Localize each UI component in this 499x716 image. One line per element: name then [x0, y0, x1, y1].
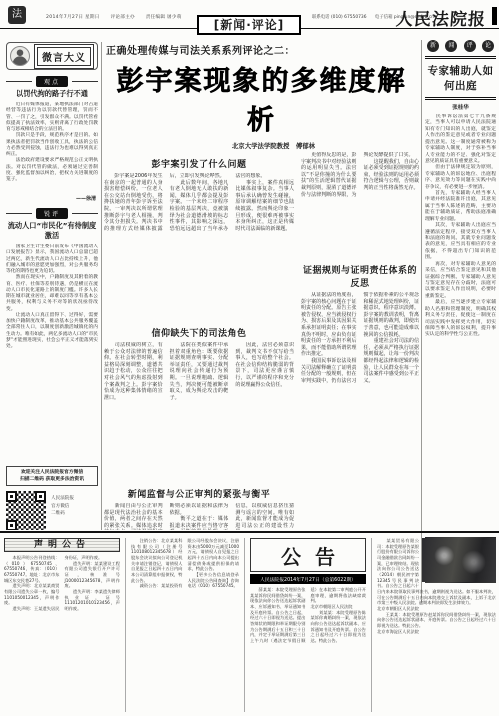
sidebar-article-1-author: ——徐清 — [6, 195, 96, 202]
column-badges: 新 闻 评 论 — [425, 40, 496, 52]
expert-title: 专家辅助人如何出庭 — [425, 63, 496, 93]
gonggao-title: 公告 — [251, 541, 365, 570]
section-4-body: 从证据法的角度看，彭宇案的核心问题在于证明责任的分配。原告主张被告侵权，应当就侵… — [301, 292, 419, 530]
tab-label: 观点 — [36, 76, 68, 87]
page-marker-block — [492, 7, 497, 25]
section-title-box: [新闻·评论] — [197, 15, 301, 35]
section-1-body: 彭宇案是2006年发生在南京的一起普通的人身损害赔偿纠纷。一位老人在公交站台倒地… — [104, 173, 294, 321]
subhead-3: 新闻监督与公正审判的紧张与衡平 — [104, 487, 294, 500]
notice-line-1: 欢迎关注人民法院报官方微信 — [9, 469, 95, 476]
notice-line-2: 扫描二维码 获取更多法治资讯 — [9, 476, 95, 483]
qr-caption: 人民法院报 官方微信 二维码 — [51, 491, 74, 517]
article-title: 彭宇案现象的多维度解析 — [104, 59, 419, 137]
expert-title-box: 专家辅助人如何出庭 — [425, 56, 496, 100]
masthead-dateline: 2014年7月27日 星期日 评论部主办 责任编辑 屠少萌 — [46, 14, 191, 20]
qr-area: 人民法院报 官方微信 二维码 — [6, 491, 98, 530]
dept-text: 评论部主办 — [110, 15, 134, 20]
badge-icon: 闻 — [445, 40, 457, 52]
tab-guandian: 观点 — [6, 76, 98, 87]
date-text: 2014年7月27日 星期日 — [46, 15, 100, 20]
expert-body: 民事诉讼法第七十九条规定，当事人可以申请人民法院通知有专门知识的人出庭，就鉴定人… — [425, 114, 496, 534]
sidebar-article-1-title: 以罚代拘的路子行不通 — [6, 89, 98, 99]
paper-name: 人民法院报 — [395, 5, 487, 30]
subhead-1: 彭宇案引发了什么问题 — [104, 157, 294, 170]
column-logo-label: 微言大义 — [37, 47, 91, 66]
column-rule-right — [421, 40, 422, 602]
wechat-notice-box: 欢迎关注人民法院报官方微信 扫描二维码 获取更多法治资讯 — [6, 466, 98, 486]
article-kicker: 正确处理传媒与司法关系系列评论之二： — [106, 42, 419, 57]
right-top-body: 更值得反思的是，彭宇案判决书中对经验法则的运用明显失当。法官以“不是你撞的为什么… — [301, 152, 419, 258]
editor-text: 责任编辑 屠少萌 — [146, 15, 182, 20]
court-announcements-right: 某某贸易有限公司：本院受理原告某银行股份有限公司诉你公司金融借款合同纠纷一案，已… — [371, 538, 496, 712]
court-announcements: 公告 人民法院报2014年7月27日（总第6022期） 薛某某：本院受理原告张某… — [244, 538, 366, 712]
main-article: 正确处理传媒与司法关系系列评论之二： 彭宇案现象的多维度解析 北京大学法学院教授… — [104, 42, 419, 530]
article-byline: 北京大学法学院教授 傅郁林 — [104, 141, 419, 150]
classifieds-declarations: 声明公告 本报声明公告刊登热线：（010）67550745、67550746，传… — [4, 538, 120, 712]
contact-phone: 联系电话 (010) 67550736 — [312, 15, 367, 20]
notices-body: 注销公告：北京某某科技有限公司（注册号110108012345678）经股东会决… — [131, 538, 239, 710]
column-logo-box: 微言大义 — [6, 42, 98, 70]
badge-icon: 新 — [427, 40, 439, 52]
expert-column: 新 闻 评 论 专家辅助人如何出庭 张桂华 民事诉讼法第七十九条规定，当事人可以… — [425, 40, 496, 602]
declarations-body: 本报声明公告刊登热线：（010）67550745、67550746，传真：（01… — [4, 555, 120, 709]
columnist-avatar-icon — [10, 46, 30, 66]
sidebar-article-2-title: 流动人口“市民化”有待制度激活 — [6, 221, 98, 241]
tab-ruiping: 锐评 — [6, 208, 98, 219]
subhead-2: 信仰缺失下的司法角色 — [104, 326, 294, 339]
badge-icon: 论 — [482, 40, 494, 52]
tab-label: 锐评 — [36, 208, 68, 219]
advert-photo — [422, 538, 496, 582]
classifieds-notices: 注销公告：北京某某科技有限公司（注册号110108012345678）经股东会决… — [125, 538, 239, 712]
newspaper-page: 法 2014年7月27日 星期日 评论部主办 责任编辑 屠少萌 [新闻·评论] … — [0, 0, 499, 716]
main-left-columns: 彭宇案引发了什么问题 彭宇案是2006年发生在南京的一起普通的人身损害赔偿纠纷。… — [104, 152, 294, 530]
subhead-4: 证据规则与证明责任体系的反思 — [301, 263, 419, 289]
section-2-body: 司法权威的树立，有赖于公众对法律的普遍信仰。在社会转型时期，利益格局深刻调整，道… — [104, 342, 294, 482]
gonggao-header-box: 公告 — [250, 538, 366, 572]
gonggao-issue-bar: 人民法院报2014年7月27日（总第6022期） — [250, 574, 366, 584]
declarations-banner: 声明公告 — [4, 538, 120, 552]
paper-logo-icon: 法 — [8, 6, 26, 24]
column-rule-left — [101, 42, 102, 530]
classifieds-section: 声明公告 本报声明公告刊登热线：（010）67550745、67550746，传… — [4, 538, 496, 712]
section-3-body: 新闻自由与公正审判都是现代法治社会的基本价值，两者之间存在天然的紧张关系。媒体追… — [104, 503, 294, 530]
badge-icon: 评 — [464, 40, 476, 52]
expert-author: 张桂华 — [425, 103, 496, 111]
sidebar-article-1-body: 近日有媒体报道，某地执法部门对占道经营等违法行为以罚款代替管理，罚而不管、一罚了… — [6, 102, 98, 194]
sidebar-article-2-body: 国家卫生计生委日前发布《中国流动人口发展报告》显示，我国流动人口总量已超过两亿，… — [6, 244, 98, 462]
gonggao-body: 薛某某：本院受理原告张某某诉你民间借贷纠纷一案，现依法向你公告送达起诉状副本、应… — [250, 587, 366, 712]
sidebar-weiyan-dayi: 微言大义 观点 以罚代拘的路子行不通 近日有媒体报道，某地执法部门对占道经营等违… — [6, 42, 98, 530]
qr-code — [6, 491, 46, 530]
main-right-columns: 更值得反思的是，彭宇案判决书中对经验法则的运用明显失当。法官以“不是你撞的为什么… — [301, 152, 419, 530]
